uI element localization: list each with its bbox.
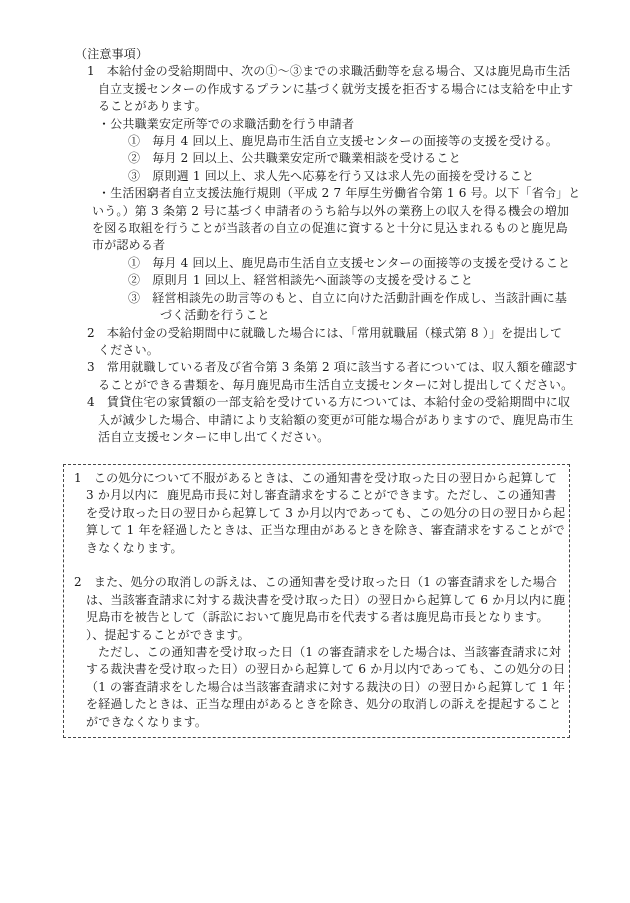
text-line: ることができる書類を、毎月鹿児島市生活自立支援センターに対し提出してください。: [75, 377, 585, 394]
appeal-text-line: 1 この処分について不服があるときは、この通知書を受け取った日の翌日から起算して: [74, 470, 561, 487]
appeal-text-line: 児島市を被告として（訴訟において鹿児島市を代表する者は鹿児島市長となります。: [74, 609, 561, 626]
appeal-text-line: する裁決書を受け取った日）の翌日から起算して 6 か月以内であっても、この処分の…: [74, 661, 561, 678]
text-line: 活自立支援センターに申し出てください。: [75, 429, 585, 446]
blank-line: [74, 557, 561, 574]
text-line: ③ 原則週 1 回以上、求人先へ応募を行う又は求人先の面接を受けること: [75, 168, 585, 185]
appeal-text-line: 算して 1 年を経過したときは、正当な理由があるときを除き、審査請求をすることが…: [74, 522, 561, 539]
appeal-text-line: ができなくなります。: [74, 714, 561, 731]
appeal-text-line: を経過したときは、正当な理由があるときを除き、処分の取消しの訴えを提起すること: [74, 696, 561, 713]
appeal-text-line: 3 か月以内に 鹿児島市長に対し審査請求をすることができます。ただし、この通知書: [74, 487, 561, 504]
appeal-text-line: ただし、この通知書を受け取った日（1 の審査請求をした場合は、当該審査請求に対: [74, 644, 561, 661]
text-line: 入が減少した場合、申請により支給額の変更が可能な場合がありますので、鹿児島市生: [75, 412, 585, 429]
text-line: づく活動を行うこと: [75, 307, 585, 324]
appeal-text-line: きなくなります。: [74, 540, 561, 557]
text-line: 市が認める者: [75, 237, 585, 254]
text-line: ③ 経営相談先の助言等のもと、自立に向けた活動計画を作成し、当該計画に基: [75, 290, 585, 307]
text-line: ① 毎月 4 回以上、鹿児島市生活自立支援センターの面接等の支援を受ける。: [75, 133, 585, 150]
appeal-text-line: を受け取った日の翌日から起算して 3 か月以内であっても、この処分の日の翌日から…: [74, 505, 561, 522]
text-line: 4 賃貸住宅の家賃額の一部支給を受けている方については、本給付金の受給期間中に収: [75, 394, 585, 411]
text-line: ・生活困窮者自立支援法施行規則（平成 2 7 年厚生労働省令第 1 6 号。以下…: [75, 185, 585, 202]
text-line: ることがあります。: [75, 98, 585, 115]
appeal-text-line: は、当該審査請求に対する裁決書を受け取った日）の翌日から起算して 6 か月以内に…: [74, 592, 561, 609]
appeal-text-line: ）、提起することができます。: [74, 627, 561, 644]
section-heading: （注意事項）: [75, 46, 585, 63]
notes-section: （注意事項） 1 本給付金の受給期間中、次の①～③までの求職活動等を怠る場合、又…: [75, 46, 585, 446]
appeal-notice-box: 1 この処分について不服があるときは、この通知書を受け取った日の翌日から起算して…: [63, 464, 570, 738]
text-line: ① 毎月 4 回以上、鹿児島市生活自立支援センターの面接等の支援を受けること: [75, 255, 585, 272]
appeal-text-line: 2 また、処分の取消しの訴えは、この通知書を受け取った日（1 の審査請求をした場…: [74, 574, 561, 591]
text-line: ② 原則月 1 回以上、経営相談先へ面談等の支援を受けること: [75, 272, 585, 289]
text-line: を図る取組を行うことが当該者の自立の促進に資すると十分に見込まれるものと鹿児島: [75, 220, 585, 237]
text-line: 2 本給付金の受給期間中に就職した場合には、「常用就職届（様式第 8 ）」を提出…: [75, 325, 585, 342]
text-line: ② 毎月 2 回以上、公共職業安定所で職業相談を受けること: [75, 150, 585, 167]
text-line: 自立支援センターの作成するプランに基づく就労支援を拒否する場合には支給を中止す: [75, 81, 585, 98]
text-line: ください。: [75, 342, 585, 359]
text-line: 1 本給付金の受給期間中、次の①～③までの求職活動等を怠る場合、又は鹿児島市生活: [75, 63, 585, 80]
appeal-text-line: （1 の審査請求をした場合は当該審査請求に対する裁決の日）の翌日から起算して 1…: [74, 679, 561, 696]
text-line: 3 常用就職している者及び省令第 3 条第 2 項に該当する者については、収入額…: [75, 359, 585, 376]
text-line: いう。）第 3 条第 2 号に基づく申請者のうち給与以外の業務上の収入を得る機会…: [75, 203, 585, 220]
document-page: { "colors": { "background": "#ffffff", "…: [0, 0, 630, 903]
text-line: ・公共職業安定所等での求職活動を行う申請者: [75, 116, 585, 133]
